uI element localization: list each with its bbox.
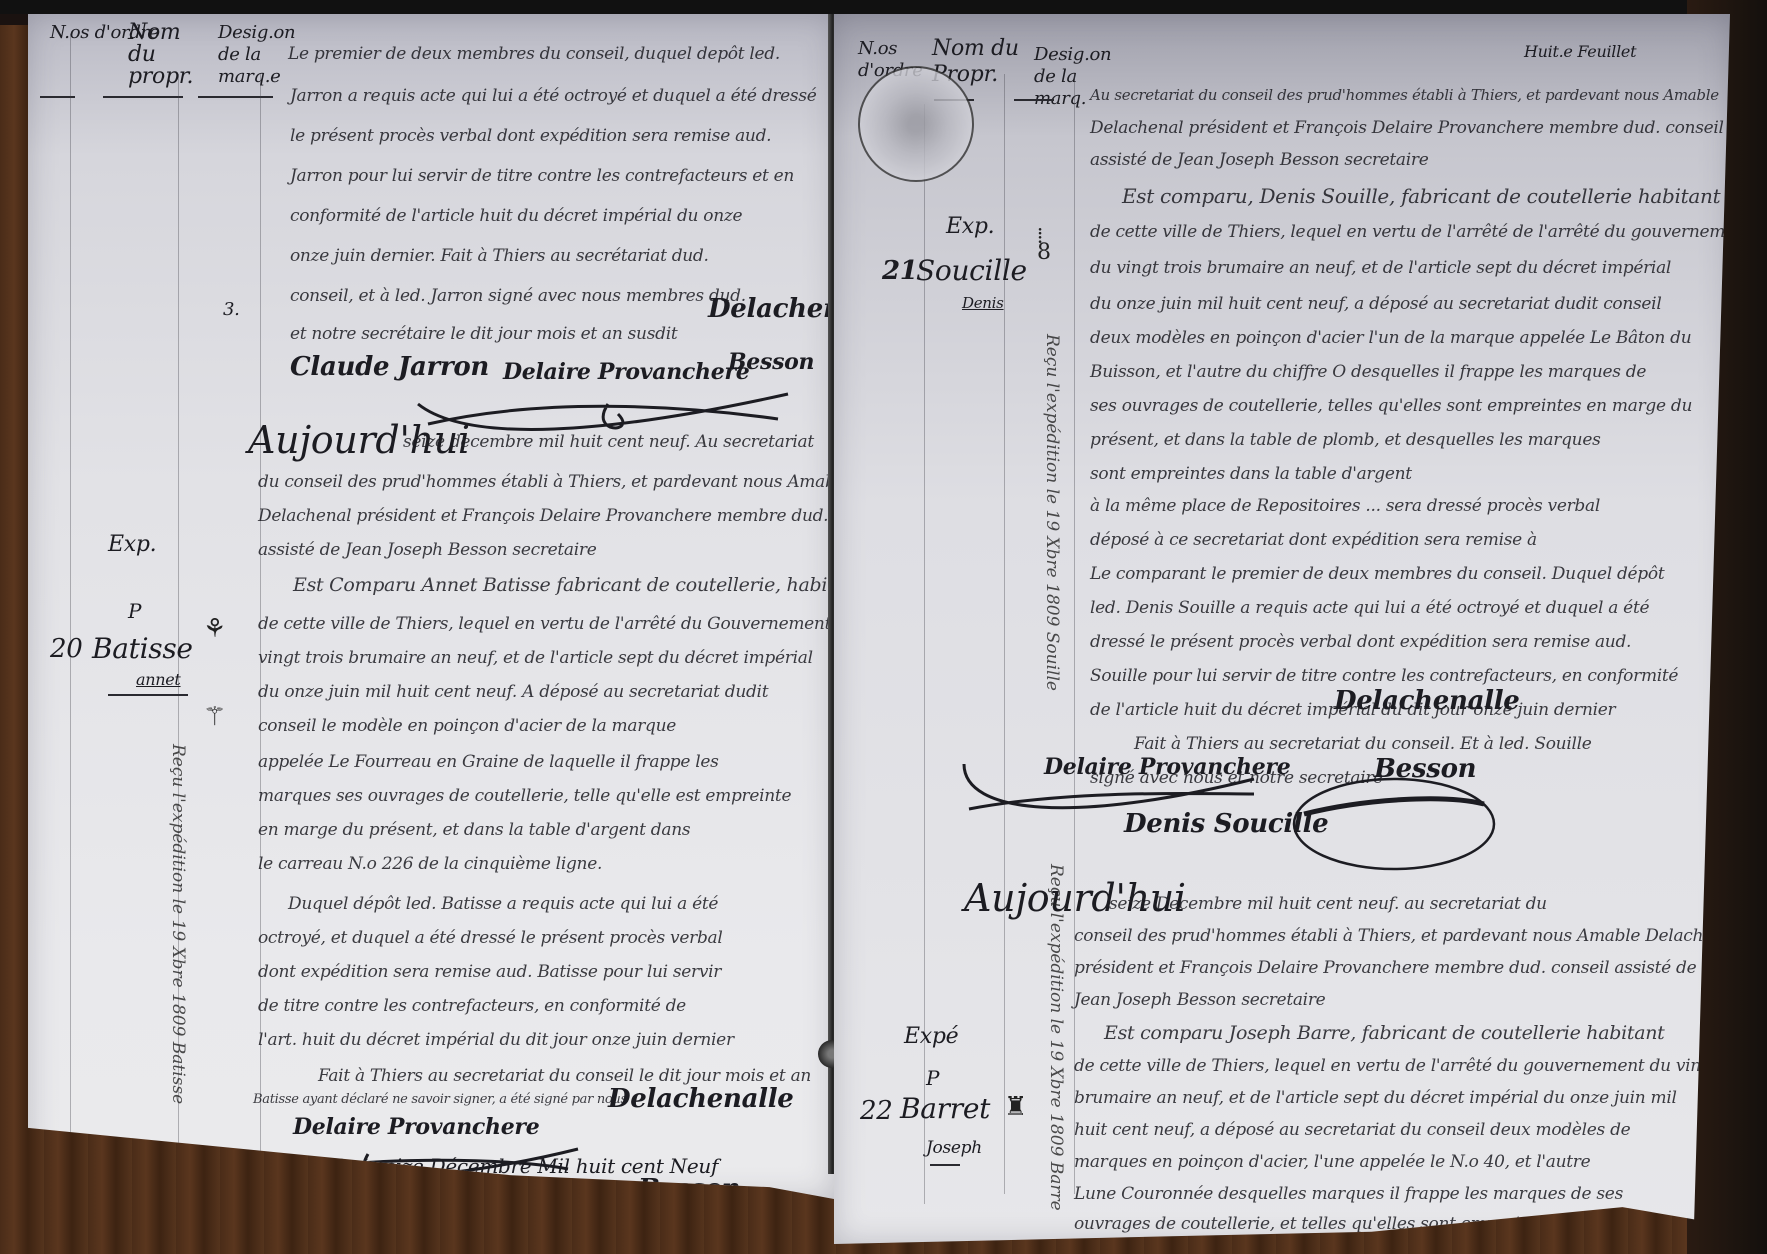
text-line: le présent procès verbal dont expédition… — [290, 126, 771, 146]
text-line: seize decembre mil huit cent neuf. Au se… — [403, 432, 814, 452]
text-line: huit cent neuf, a déposé au secretariat … — [1074, 1120, 1630, 1140]
text-line: conseil des prud'hommes établi à Thiers,… — [1074, 926, 1739, 946]
text-line: conseil, et à led. Jarron signé avec nou… — [290, 286, 746, 306]
signature-delachenalle: Delachenalle — [1334, 686, 1520, 716]
text-line: Duquel dépôt led. Batisse a requis acte … — [288, 894, 718, 914]
margin-paraph: P — [926, 1066, 939, 1090]
text-line: deux modèles en poinçon d'acier l'un de … — [1090, 328, 1691, 348]
mark-impression-icon: ♜ — [1004, 1092, 1027, 1122]
text-line: Delachenal président et François Delaire… — [258, 506, 892, 526]
header-rule — [198, 96, 273, 98]
signature-besson: Besson — [728, 349, 814, 375]
text-line: du vingt trois brumaire an neuf, et de l… — [1090, 258, 1671, 278]
proprietor-given-name: Joseph — [926, 1138, 982, 1158]
folio-note: Huit.e Feuillet — [1524, 42, 1636, 61]
entry-number: 21 — [882, 256, 918, 286]
text-line: Le premier de deux membres du conseil, d… — [288, 44, 780, 64]
vertical-margin-note: Reçu l'expédition le 19 Xbre 1809 Batiss… — [168, 744, 188, 1104]
text-line: Jarron a requis acte qui lui a été octro… — [290, 86, 817, 106]
text-line: marques en poinçon d'acier, l'une appelé… — [1074, 1152, 1590, 1172]
text-line: dont expédition sera remise aud. Batisse… — [258, 962, 721, 982]
text-line: appelée Le Fourreau en Graine de laquell… — [258, 752, 719, 772]
seal-stamp-icon — [858, 66, 974, 182]
photo-top-edge — [0, 0, 1767, 14]
text-line: Fait à Thiers au secretariat du conseil.… — [1134, 734, 1592, 754]
text-line: le carreau N.o 226 de la cinquième ligne… — [258, 854, 602, 874]
left-page: N.os d'ordre Nom du propr. Desig.on de l… — [28, 14, 834, 1199]
text-line: Le comparant le premier de deux membres … — [1090, 564, 1664, 584]
text-line: et notre secrétaire le dit jour mois et … — [290, 324, 677, 344]
mark-impression-icon: ⚚ — [203, 702, 226, 732]
text-line: du onze juin mil huit cent neuf. A dépos… — [258, 682, 768, 702]
text-line: dressé le présent procès verbal dont exp… — [1090, 632, 1631, 652]
text-line: de cette ville de Thiers, lequel en vert… — [1074, 1056, 1761, 1076]
vertical-margin-note: Reçu l'expédition le 19 Xbre 1809 Barre — [1046, 864, 1066, 1211]
proprietor-given-name: annet — [136, 670, 181, 689]
text-line: président et François Delaire Provancher… — [1074, 958, 1696, 978]
signature-delachenalle: Delachenalle — [608, 1084, 794, 1114]
text-line: du conseil des prud'hommes établi à Thie… — [258, 472, 850, 492]
text-line: Jarron pour lui servir de titre contre l… — [290, 166, 794, 186]
text-line: Jean Joseph Besson secretaire — [1074, 990, 1325, 1010]
text-line: Souille pour lui servir de titre contre … — [1090, 666, 1678, 686]
text-line: sont empreintes dans la table d'argent — [1090, 464, 1412, 484]
text-line: Est comparu Joseph Barre, fabricant de c… — [1104, 1022, 1665, 1044]
text-line: l'art. huit du décret impérial du dit jo… — [258, 1030, 734, 1050]
text-line: Est Comparu Annet Batisse fabricant de c… — [293, 574, 865, 596]
text-line: Est comparu, Denis Souille, fabricant de… — [1122, 184, 1720, 208]
header-rule — [103, 96, 183, 98]
margin-expedition: Expé — [904, 1024, 958, 1049]
margin-expedition: Exp. — [108, 532, 156, 557]
text-line: déposé à ce secretariat dont expédition … — [1090, 530, 1537, 550]
proprietor-surname: Barret — [900, 1092, 990, 1125]
mark-impression-icon: ⚘ — [203, 614, 226, 644]
text-line: marques ses ouvrages de coutellerie, tel… — [258, 786, 791, 806]
text-line: seize Decembre mil huit cent neuf. au se… — [1109, 894, 1547, 914]
text-line: Au secretariat du conseil des prud'homme… — [1090, 86, 1719, 104]
text-line: assisté de Jean Joseph Besson secretaire — [1090, 150, 1429, 170]
text-line: conseil le modèle en poinçon d'acier de … — [258, 716, 676, 736]
column-rule — [70, 34, 71, 1184]
text-line: assisté de Jean Joseph Besson secretaire — [258, 540, 597, 560]
text-line: de cette ville de Thiers, lequel en vert… — [258, 614, 857, 634]
name-underline — [930, 1164, 960, 1166]
text-line: led. Denis Souille a requis acte qui lui… — [1090, 598, 1649, 618]
signature-flourish-icon — [954, 754, 1274, 824]
margin-expedition: Exp. — [946, 214, 994, 239]
text-line: Fait à Thiers au secretariat du conseil … — [318, 1066, 811, 1086]
header-rule — [1014, 99, 1054, 101]
column-rule — [1004, 74, 1005, 1194]
vertical-margin-note: Reçu l'expédition le 19 Xbre 1809 Souill… — [1042, 334, 1062, 691]
text-line: Lune Couronnée desquelles marques il fra… — [1074, 1184, 1623, 1204]
text-line: brumaire an neuf, et de l'article sept d… — [1074, 1088, 1677, 1108]
column-rule — [1074, 74, 1075, 1194]
text-line: du onze juin mil huit cent neuf, a dépos… — [1090, 294, 1661, 314]
text-line: Batisse ayant déclaré ne savoir signer, … — [253, 1092, 627, 1107]
proprietor-surname: Batisse — [92, 632, 193, 665]
margin-paraph: P — [128, 599, 141, 623]
name-underline — [108, 694, 188, 696]
header-col-design: Desig.on de la marq.e — [218, 22, 288, 88]
text-line: présent, et dans la table de plomb, et d… — [1090, 430, 1601, 450]
entry-number: 22 — [860, 1096, 892, 1126]
text-line: de titre contre les contrefacteurs, en c… — [258, 996, 686, 1016]
text-line: ses ouvrages de coutellerie, telles qu'e… — [1090, 396, 1692, 416]
mark-impression-icon: ⁞8 — [1037, 229, 1051, 261]
text-line: en marge du présent, et dans la table d'… — [258, 820, 690, 840]
text-line: conformité de l'article huit du décret i… — [290, 206, 742, 226]
margin-mark: 3. — [223, 299, 240, 320]
text-line: vingt trois brumaire an neuf, et de l'ar… — [258, 648, 813, 668]
entry-number: 20 — [50, 634, 82, 664]
header-col-name: Nom du propr. — [128, 22, 198, 88]
text-line: Delachenal président et François Delaire… — [1090, 118, 1724, 138]
signature-flourish-icon — [1284, 774, 1504, 884]
proprietor-given-name: Denis — [962, 294, 1004, 312]
right-page: N.os d'ordre Nom du Propr. Desig.on de l… — [834, 14, 1730, 1244]
proprietor-surname: Soucille — [916, 254, 1027, 287]
text-line: de cette ville de Thiers, lequel en vert… — [1090, 222, 1752, 242]
text-line: octroyé, et duquel a été dressé le prése… — [258, 928, 723, 948]
text-line: à la même place de Repositoires ... sera… — [1090, 496, 1600, 516]
text-line: onze juin dernier. Fait à Thiers au secr… — [290, 246, 709, 266]
text-line: Buisson, et l'autre du chiffre O desquel… — [1090, 362, 1646, 382]
